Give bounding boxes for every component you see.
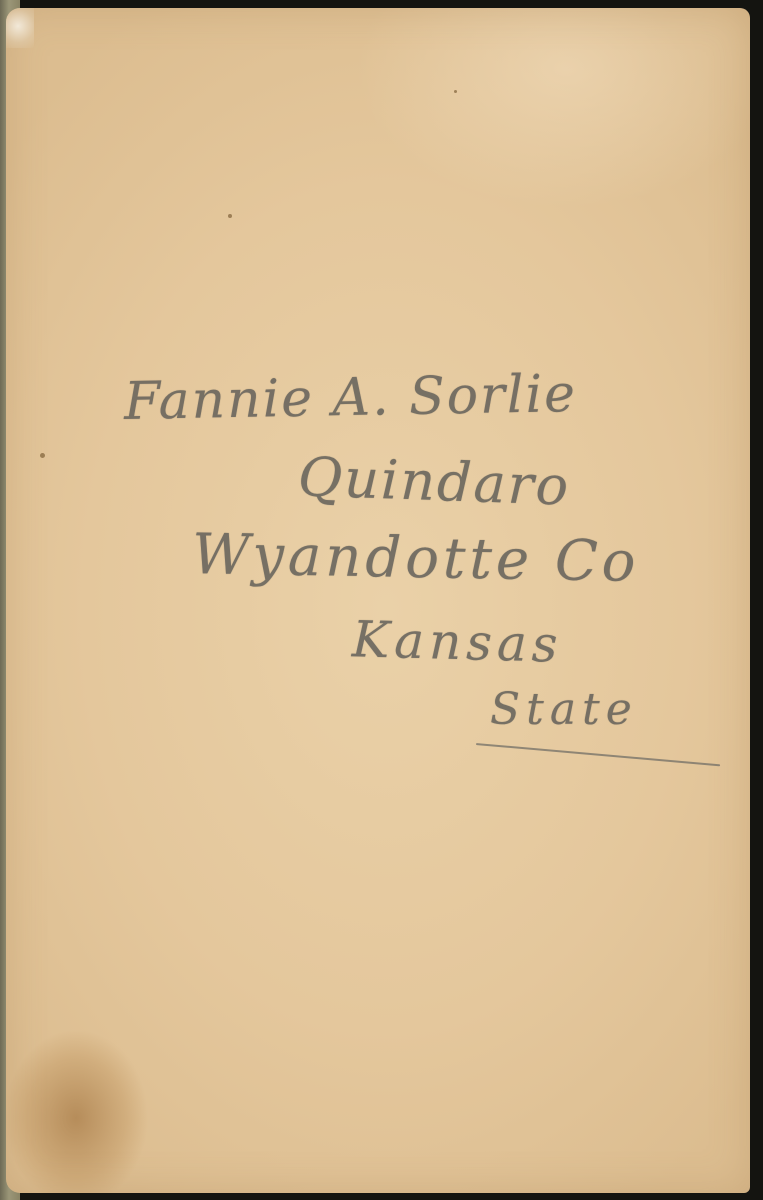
inscription-name: Fannie A. Sorlie: [124, 364, 578, 432]
photo-scene: Fannie A. Sorlie Quindaro Wyandotte Co K…: [0, 0, 763, 1200]
card-back: Fannie A. Sorlie Quindaro Wyandotte Co K…: [6, 8, 750, 1193]
pencil-inscription: Fannie A. Sorlie Quindaro Wyandotte Co K…: [6, 8, 750, 1193]
inscription-state-name: Kansas: [351, 610, 563, 673]
inscription-underline: [476, 743, 720, 766]
inscription-state-word: State: [490, 684, 638, 735]
inscription-county: Wyandotte Co: [191, 522, 640, 595]
inscription-town: Quindaro: [297, 445, 571, 517]
